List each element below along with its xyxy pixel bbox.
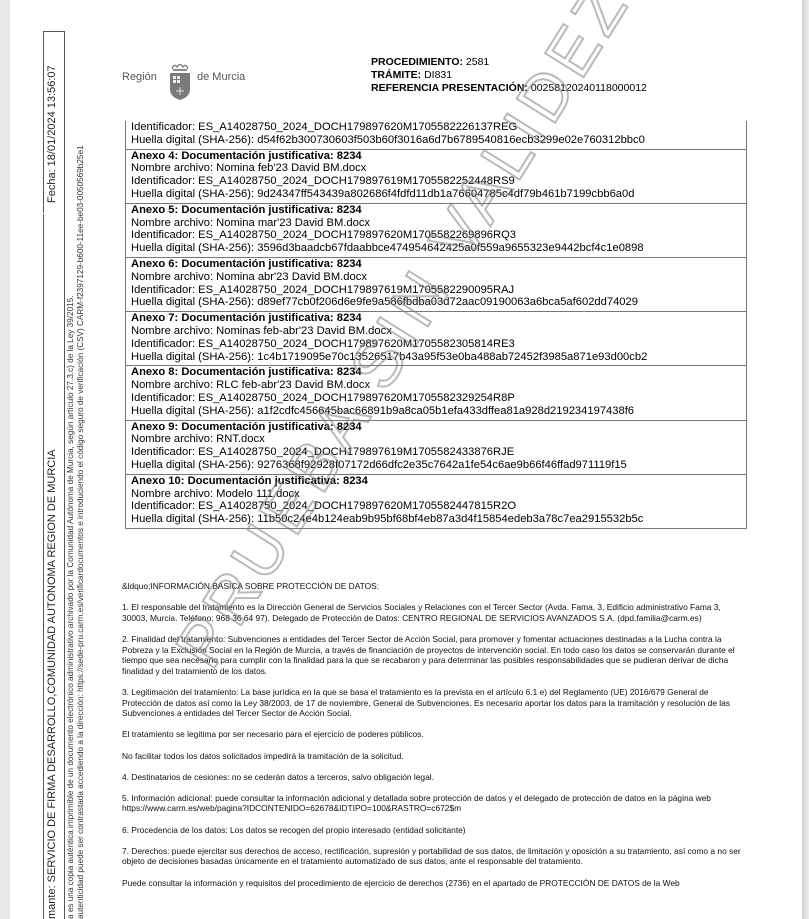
logo-text-murcia: de Murcia — [197, 71, 245, 83]
annex-title: Anexo 9: Documentación justificativa: 82… — [131, 421, 746, 434]
annex-filename: Nombre archivo: Nomina feb'23 David BM.d… — [131, 162, 746, 175]
csv-legal-line-1: a es una copia auténtica imprimible de u… — [66, 295, 75, 919]
procedimiento-label: PROCEDIMIENTO: — [371, 56, 463, 68]
privacy-paragraph: 5. Información adicional: puede consulta… — [122, 793, 747, 814]
annex-hash: Huella digital (SHA-256): 9d24347ff54343… — [131, 188, 746, 201]
document-page: Fecha: 18/01/2024 13:56:07 mante: SERVIC… — [10, 0, 802, 919]
annex-row-partial: Identificador: ES_A14028750_2024_DOCH179… — [126, 121, 746, 149]
murcia-crest-icon — [169, 63, 191, 101]
annex-hash: Huella digital (SHA-256): 1c4b1719095e70… — [131, 351, 746, 364]
annex-title: Anexo 6: Documentación justificativa: 82… — [131, 258, 746, 271]
annex-identifier: Identificador: ES_A14028750_2024_DOCH179… — [131, 392, 746, 405]
annex-row: Anexo 8: Documentación justificativa: 82… — [126, 365, 746, 419]
annex-table: Identificador: ES_A14028750_2024_DOCH179… — [125, 121, 747, 529]
annex-title: Anexo 7: Documentación justificativa: 82… — [131, 312, 746, 325]
annex-row: Anexo 5: Documentación justificativa: 82… — [126, 203, 746, 257]
referencia-line: REFERENCIA PRESENTACIÓN: 002581202401180… — [371, 82, 647, 95]
annex-row: Anexo 9: Documentación justificativa: 82… — [126, 420, 746, 474]
data-protection-info: &ldquo;INFORMACIÓN BÁSICA SOBRE PROTECCI… — [122, 581, 747, 899]
referencia-value: 00258120240118000012 — [528, 82, 647, 94]
annex-filename: Nombre archivo: Nomina mar'23 David BM.d… — [131, 217, 746, 230]
annex-identifier: Identificador: ES_A14028750_2024_DOCH179… — [131, 175, 746, 188]
csv-legal-line-2: autenticidad puede ser contrastada acced… — [76, 145, 85, 919]
annex-hash: Huella digital (SHA-256): d89ef77cb0f206… — [131, 296, 746, 309]
privacy-paragraph: 1. El responsable del tratamiento es la … — [122, 602, 747, 623]
procedimiento-value: 2581 — [463, 56, 489, 68]
annex-row: Anexo 10: Documentación justificativa: 8… — [126, 474, 746, 528]
annex-title: Anexo 10: Documentación justificativa: 8… — [131, 475, 746, 488]
tramite-label: TRÁMITE: — [371, 69, 421, 81]
annex-filename: Nombre archivo: Nominas feb-abr'23 David… — [131, 325, 746, 338]
annex-filename: Nombre archivo: Modelo 111.docx — [131, 488, 746, 501]
annex-title: Anexo 4: Documentación justificativa: 82… — [131, 150, 746, 163]
region-murcia-logo: Región de Murcia — [122, 55, 252, 105]
tramite-line: TRÁMITE: DI831 — [371, 69, 647, 82]
signature-signer: mante: SERVICIO DE FIRMA DESARROLLO,COMU… — [46, 449, 58, 919]
privacy-paragraph: Puede consultar la información y requisi… — [122, 878, 747, 889]
annex-row: Anexo 6: Documentación justificativa: 82… — [126, 257, 746, 311]
annex-hash: Huella digital (SHA-256): d54f62b3007306… — [131, 134, 746, 147]
annex-title: Anexo 8: Documentación justificativa: 82… — [131, 366, 746, 379]
annex-hash: Huella digital (SHA-256): 11b50c24e4b124… — [131, 513, 746, 526]
annex-identifier: Identificador: ES_A14028750_2024_DOCH179… — [131, 446, 746, 459]
annex-row: Anexo 7: Documentación justificativa: 82… — [126, 311, 746, 365]
annex-filename: Nombre archivo: Nomina abr'23 David BM.d… — [131, 271, 746, 284]
signature-date: Fecha: 18/01/2024 13:56:07 — [46, 65, 58, 203]
annex-row: Anexo 4: Documentación justificativa: 82… — [126, 149, 746, 203]
privacy-paragraph: 3. Legitimación del tratamiento: La base… — [122, 687, 747, 719]
privacy-paragraph: 2. Finalidad del tratamiento: Subvencion… — [122, 634, 747, 676]
annex-identifier: Identificador: ES_A14028750_2024_DOCH179… — [131, 284, 746, 297]
tramite-value: DI831 — [421, 69, 452, 81]
annex-hash: Huella digital (SHA-256): a1f2cdfc456645… — [131, 405, 746, 418]
annex-identifier: Identificador: ES_A14028750_2024_DOCH179… — [131, 121, 746, 134]
privacy-paragraph: 6. Procedencia de los datos: Los datos s… — [122, 825, 747, 836]
annex-identifier: Identificador: ES_A14028750_2024_DOCH179… — [131, 229, 746, 242]
procedure-header: PROCEDIMIENTO: 2581 TRÁMITE: DI831 REFER… — [371, 56, 647, 95]
privacy-paragraph: No facilitar todos los datos solicitados… — [122, 751, 747, 762]
annex-title: Anexo 5: Documentación justificativa: 82… — [131, 204, 746, 217]
privacy-paragraph: 7. Derechos: puede ejercitar sus derecho… — [122, 846, 747, 867]
privacy-paragraph: &ldquo;INFORMACIÓN BÁSICA SOBRE PROTECCI… — [122, 581, 747, 592]
logo-text-region: Región — [122, 71, 157, 83]
signature-strip-divider — [43, 213, 64, 214]
procedimiento-line: PROCEDIMIENTO: 2581 — [371, 56, 647, 69]
annex-identifier: Identificador: ES_A14028750_2024_DOCH179… — [131, 500, 746, 513]
annex-identifier: Identificador: ES_A14028750_2024_DOCH179… — [131, 338, 746, 351]
page-shadow — [802, 0, 809, 919]
privacy-paragraph: El tratamiento se legitima por ser neces… — [122, 729, 747, 740]
annex-hash: Huella digital (SHA-256): 3596d3baadcb67… — [131, 242, 746, 255]
referencia-label: REFERENCIA PRESENTACIÓN: — [371, 82, 528, 94]
annex-hash: Huella digital (SHA-256): 9276368f92928f… — [131, 459, 746, 472]
annex-filename: Nombre archivo: RNT.docx — [131, 433, 746, 446]
privacy-paragraph: 4. Destinatarios de cesiones: no se cede… — [122, 772, 747, 783]
annex-filename: Nombre archivo: RLC feb-abr'23 David BM.… — [131, 379, 746, 392]
